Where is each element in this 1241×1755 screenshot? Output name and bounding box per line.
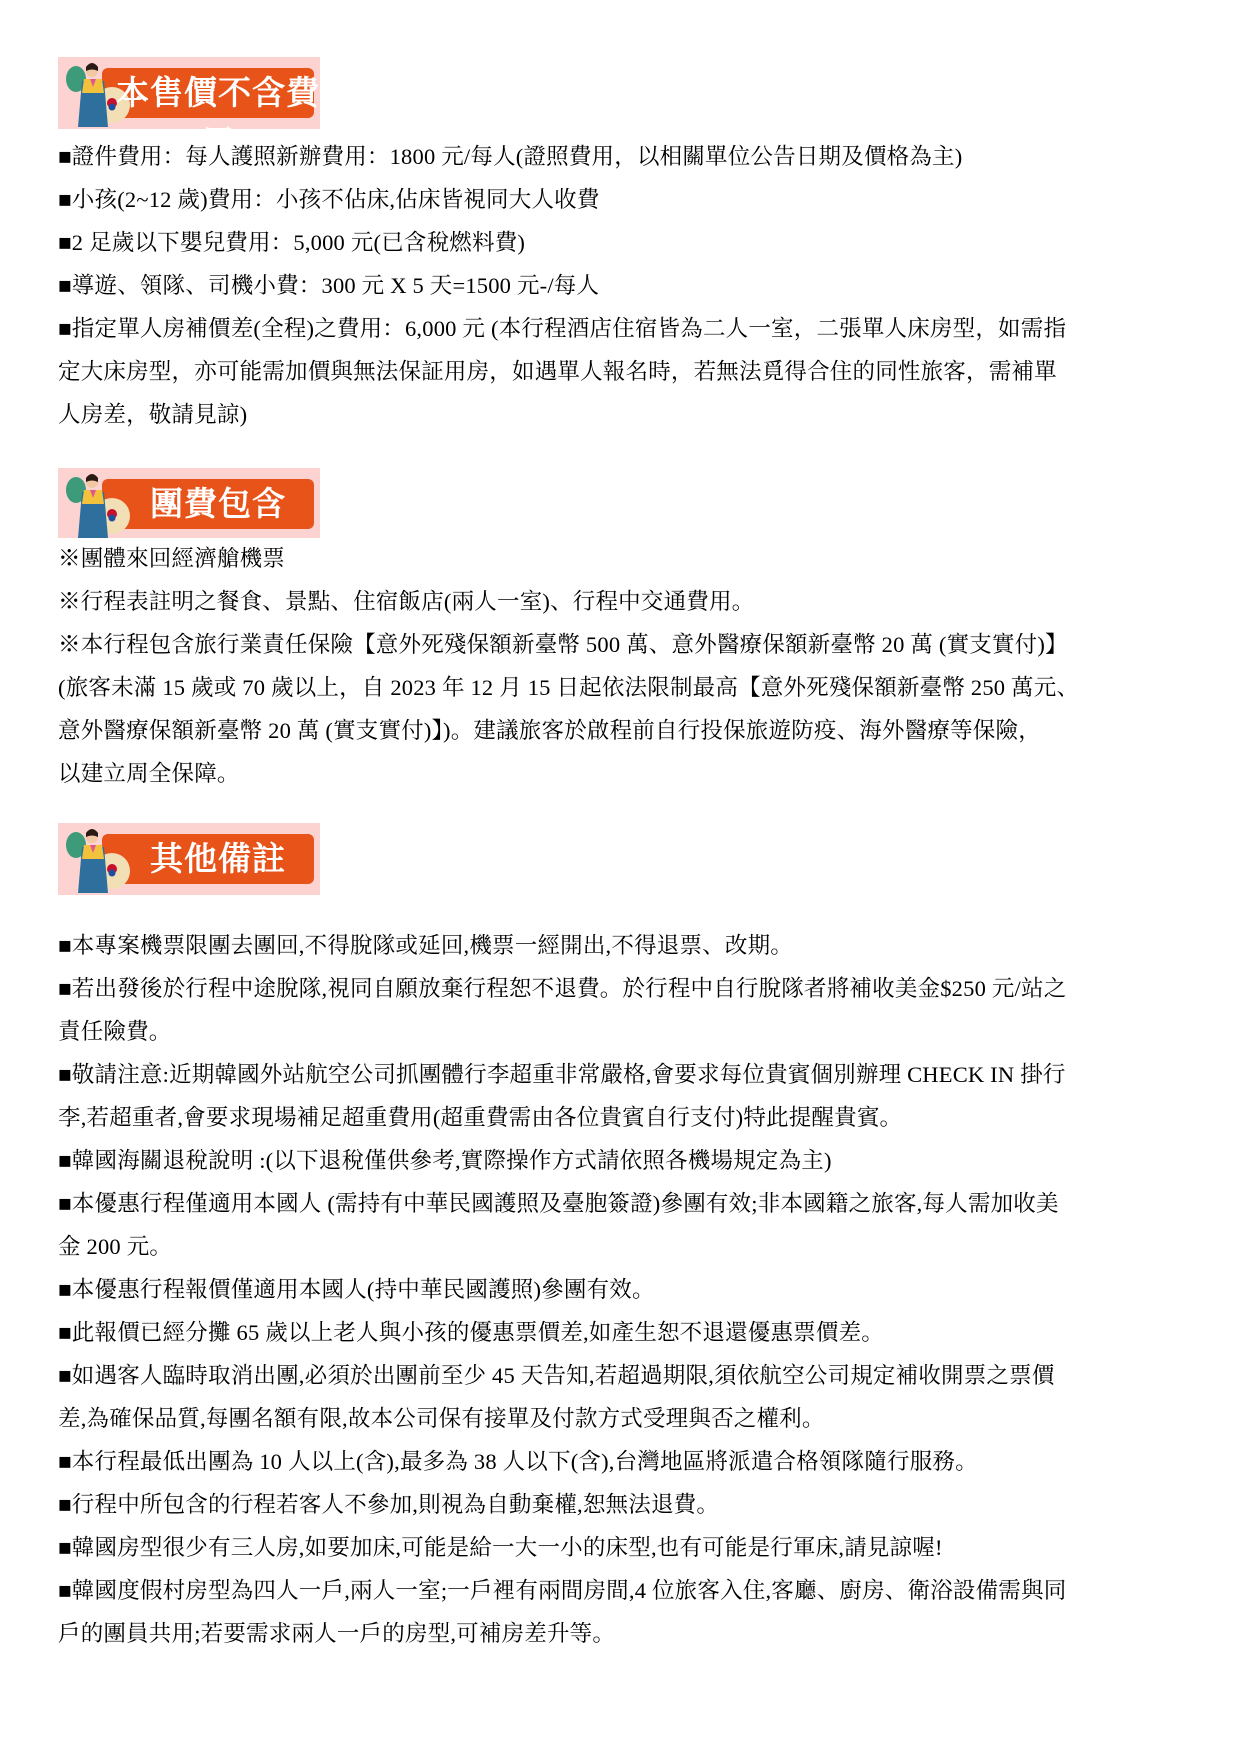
text-line: 李,若超重者,會要求現場補足超重費用(超重費需由各位貴賓自行支付)特此提醒貴賓。 (58, 1104, 902, 1132)
text-line: ■行程中所包含的行程若客人不參加,則視為自動棄權,恕無法退費。 (58, 1491, 719, 1519)
text-line: ■韓國度假村房型為四人一戶,兩人一室;一戶裡有兩間房間,4 位旅客入住,客廳、廚… (58, 1577, 1066, 1605)
text-line: ■導遊、領隊、司機小費：300 元 X 5 天=1500 元-/每人 (58, 272, 599, 300)
text-line: 定大床房型，亦可能需加價與無法保証用房，如遇單人報名時，若無法覓得合住的同性旅客… (58, 358, 1057, 386)
section-banner-excluded-costs: 本售價不含費用 (58, 57, 320, 129)
text-line: 戶的團員共用;若要需求兩人一戶的房型,可補房差升等。 (58, 1620, 615, 1648)
text-line: ■韓國海關退稅說明 :(以下退稅僅供參考,實際操作方式請依照各機場規定為主) (58, 1147, 832, 1175)
text-line: (旅客未滿 15 歲或 70 歲以上，自 2023 年 12 月 15 日起依法… (58, 674, 1079, 702)
text-line: ■本行程最低出團為 10 人以上(含),最多為 38 人以下(含),台灣地區將派… (58, 1448, 978, 1476)
text-line: ■本優惠行程報價僅適用本國人(持中華民國護照)參團有效。 (58, 1276, 655, 1304)
text-line: ■韓國房型很少有三人房,如要加床,可能是給一大一小的床型,也有可能是行軍床,請見… (58, 1534, 943, 1562)
text-line: ■敬請注意:近期韓國外站航空公司抓團體行李超重非常嚴格,會要求每位貴賓個別辦理 … (58, 1061, 1066, 1089)
text-line: ■指定單人房補價差(全程)之費用：6,000 元 (本行程酒店住宿皆為二人一室，… (58, 315, 1066, 343)
text-line: ■證件費用：每人護照新辦費用：1800 元/每人(證照費用，以相關單位公告日期及… (58, 143, 962, 171)
section-banner-other-notes: 其他備註 (58, 823, 320, 895)
text-line: 以建立周全保障。 (58, 760, 240, 788)
text-line: ※本行程包含旅行業責任保險【意外死殘保額新臺幣 500 萬、意外醫療保額新臺幣 … (58, 631, 1068, 659)
banner-title: 本售價不含費用 (116, 68, 320, 118)
text-line: 金 200 元。 (58, 1233, 172, 1261)
text-line: 差,為確保品質,每團名額有限,故本公司保有接單及付款方式受理與否之權利。 (58, 1405, 825, 1433)
section-banner-included-costs: 團費包含 (58, 468, 320, 538)
banner-title: 團費包含 (116, 479, 320, 529)
text-line: 人房差，敬請見諒) (58, 401, 247, 429)
text-line: 責任險費。 (58, 1018, 172, 1046)
text-line: ※行程表註明之餐食、景點、住宿飯店(兩人一室)、行程中交通費用。 (58, 588, 754, 616)
text-line: ■此報價已經分攤 65 歲以上老人與小孩的優惠票價差,如產生恕不退還優惠票價差。 (58, 1319, 884, 1347)
document-page: 本售價不含費用 ■證件費用：每人護照新辦費用：1800 元/每人(證照費用，以相… (0, 0, 1241, 1755)
text-line: ■小孩(2~12 歲)費用：小孩不佔床,佔床皆視同大人收費 (58, 186, 600, 214)
text-line: 意外醫療保額新臺幣 20 萬 (實支實付)】)。建議旅客於啟程前自行投保旅遊防疫… (58, 717, 1041, 745)
text-line: ■若出發後於行程中途脫隊,視同自願放棄行程恕不退費。於行程中自行脫隊者將補收美金… (58, 975, 1066, 1003)
text-line: ■本優惠行程僅適用本國人 (需持有中華民國護照及臺胞簽證)參團有效;非本國籍之旅… (58, 1190, 1059, 1218)
banner-title: 其他備註 (116, 834, 320, 884)
text-line: ■本專案機票限團去團回,不得脫隊或延回,機票一經開出,不得退票、改期。 (58, 932, 793, 960)
text-line: ■2 足歲以下嬰兒費用：5,000 元(已含稅燃料費) (58, 229, 525, 257)
text-line: ※團體來回經濟艙機票 (58, 545, 285, 573)
text-line: ■如遇客人臨時取消出團,必須於出團前至少 45 天告知,若超過期限,須依航空公司… (58, 1362, 1055, 1390)
